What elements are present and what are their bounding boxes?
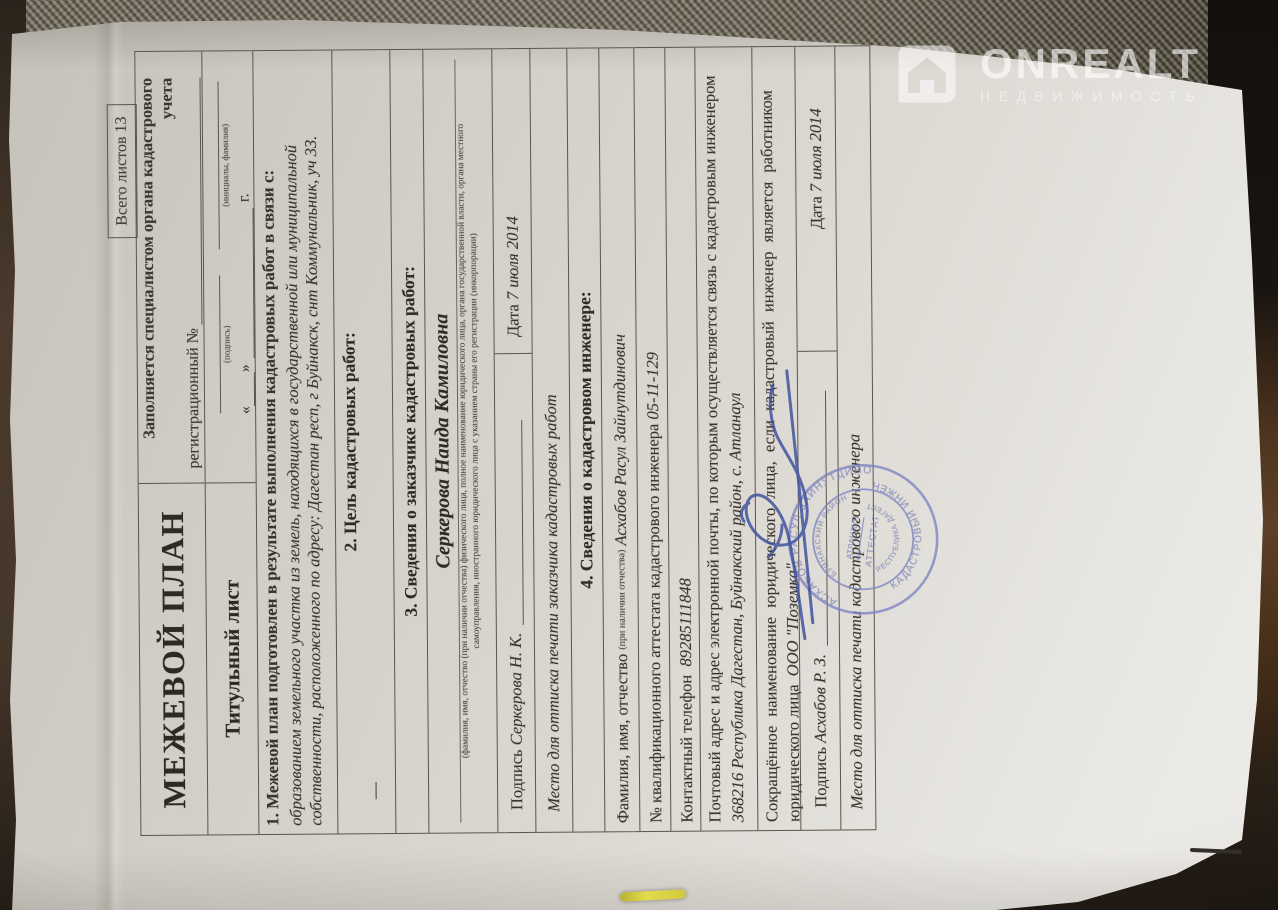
customer-sign-blank [506, 420, 524, 625]
initials-blank [203, 81, 220, 249]
page-subtitle: Титульный лист [219, 580, 245, 738]
watermark-subtitle: НЕДВИЖИМОСТЬ [980, 88, 1203, 104]
doc-title: МЕЖЕВОЙ ПЛАН [153, 510, 192, 809]
paper-sheet: Всего листов 13 МЕЖЕВОЙ ПЛАН Заполняется… [0, 0, 1278, 910]
subtitle-cell: Титульный лист [206, 482, 259, 834]
phone-label: Контактный телефон [676, 675, 697, 823]
filled-by-note: Заполняется специалистом органа кадастро… [136, 78, 179, 469]
stamp-center-town: АТЛАНАУЛ [844, 515, 860, 559]
photo-of-document: Всего листов 13 МЕЖЕВОЙ ПЛАН Заполняется… [0, 0, 1278, 910]
signature-scribble [737, 353, 831, 654]
customer-stamp-note: Место для оттиска печати заказчика кадас… [530, 49, 572, 832]
watermark-brand: ONREALT [980, 44, 1203, 84]
phone-value: 89285111848 [675, 578, 696, 666]
doc-title-cell: МЕЖЕВОЙ ПЛАН [139, 482, 208, 835]
onrealt-watermark: ONREALT НЕДВИЖИМОСТЬ [888, 36, 1203, 112]
engineer-stamp-note: Место для оттиска печати кадастрового ин… [835, 46, 873, 829]
customer-date-value: 7 июля 2014 [502, 216, 523, 300]
attestat-value: 05-11-129 [643, 352, 664, 420]
total-sheets-label: Всего листов 13 [113, 116, 132, 225]
section1-title: 1. Межевой план подготовлен в результате… [257, 59, 283, 826]
section2-value: — [357, 58, 385, 825]
row-customer-signature: Подпись Серкерова Н. К. Дата 7 июля 2014 [492, 49, 536, 832]
fio-label: Фамилия, имя, отчество [612, 654, 633, 824]
house-pin-icon [888, 36, 966, 112]
attestat-label: № квалификационного аттестата кадастрово… [643, 424, 666, 823]
engineer-sign-label: Подпись [810, 747, 830, 808]
row-header: МЕЖЕВОЙ ПЛАН Заполняется специалистом ор… [135, 52, 208, 836]
reg-no-label: регистрационный № [184, 328, 203, 469]
row-section2: 2. Цель кадастровых работ: — [332, 50, 396, 833]
registry-cell: Заполняется специалистом органа кадастро… [135, 52, 204, 484]
signature-blanks-cell: (подпись) (инициалы, фамилия) « » [202, 51, 255, 482]
day-blank [239, 372, 255, 406]
stamp-center-attestat: АТТЕСТАТ [863, 514, 881, 567]
year-suffix: г. [235, 193, 253, 202]
engineer-date-label: Дата [806, 196, 826, 229]
customer-sign-value: Серкерова Н. К. [505, 633, 526, 746]
sign-blank [204, 275, 221, 413]
sign-caption: (подпись) [221, 326, 231, 363]
engineer-sign-value: Асхабов Р. З. [810, 654, 831, 743]
cadastral-title-page: Всего листов 13 МЕЖЕВОЙ ПЛАН Заполняется… [8, 17, 1260, 907]
customer-sign-label: Подпись [506, 749, 526, 810]
stamp-inner-bottom-text: РЕСПУБЛИКА ДАГЕСТАН [851, 501, 906, 577]
total-sheets-box: Всего листов 13 [107, 104, 138, 238]
svg-text:РЕСПУБЛИКА ДАГЕСТАН: РЕСПУБЛИКА ДАГЕСТАН [851, 501, 906, 577]
reg-no-blank [184, 78, 202, 325]
customer-name: Серкерова Наида Камиловна [428, 50, 457, 833]
fio-value: Асхабов Расул Зайнутдинович [610, 334, 632, 546]
customer-date-label: Дата [503, 304, 523, 337]
section3-title: 3. Сведения о заказчике кадастровых рабо… [397, 266, 421, 617]
post-label: Почтовый адрес и адрес электронной почты… [699, 55, 725, 822]
row-customer-stamp-note: Место для оттиска печати заказчика кадас… [530, 49, 573, 832]
row-customer-name: Серкерова Наида Камиловна (фамилия, имя,… [423, 49, 498, 833]
fio-note: (при наличии отчества) [616, 550, 628, 650]
quote-open: « [237, 406, 255, 414]
row-section1: 1. Межевой план подготовлен в результате… [253, 50, 338, 834]
engineer-date-value: 7 июля 2014 [805, 108, 826, 192]
month-blank [238, 208, 255, 358]
initials-caption: (инициалы, фамилия) [220, 124, 231, 207]
row-subtitle: Титульный лист (подпись) (инициалы [202, 51, 259, 834]
quote-close: » [237, 364, 255, 372]
section4-title: 4. Сведения о кадастровом инженере: [574, 291, 597, 588]
row-engineer-stamp-note: Место для оттиска печати кадастрового ин… [835, 46, 873, 829]
